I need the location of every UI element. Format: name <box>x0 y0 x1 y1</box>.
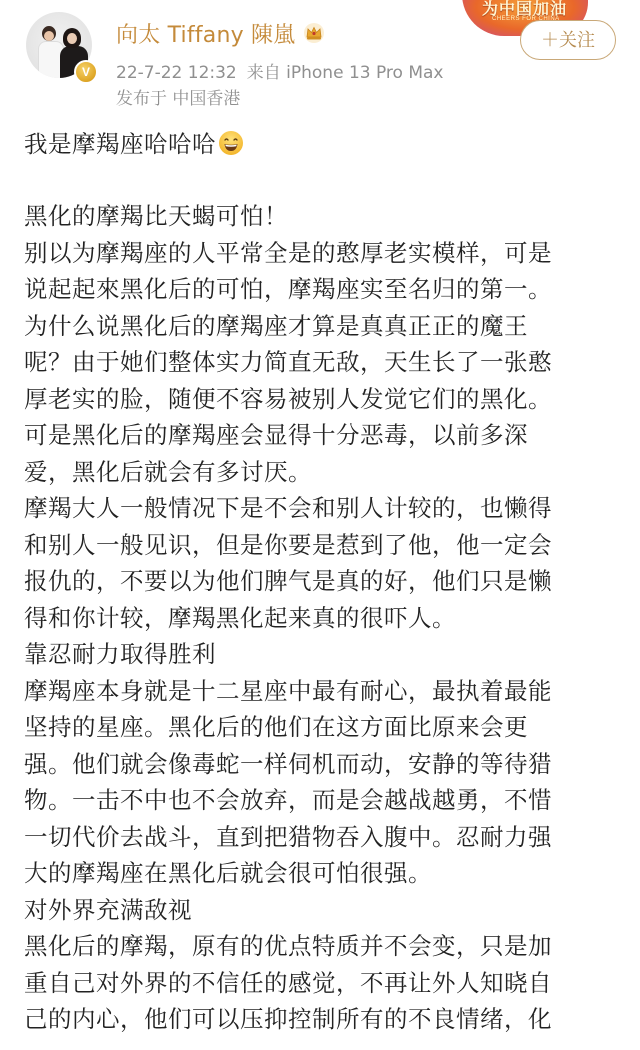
post-line: 黑化的摩羯比天蝎可怕！ <box>24 198 624 235</box>
section-heading: 靠忍耐力取得胜利 <box>24 636 624 673</box>
post-line: 坚持的星座。黑化后的他们在这方面比原来会更 <box>24 709 624 746</box>
post-body: 我是摩羯座哈哈哈 黑化的摩羯比天蝎可怕！ 别以为摩羯座的人平常全是的憨厚老实模样… <box>24 122 624 1038</box>
verified-badge-icon: V <box>74 60 98 84</box>
post-timestamp: 22-7-22 12:32 <box>116 63 237 83</box>
grinning-face-emoji-icon <box>218 126 244 152</box>
post-line: 重自己对外界的不信任的感觉，不再让外人知晓自 <box>24 965 624 1002</box>
post-line: 摩羯大人一般情况下是不会和别人计较的，也懒得 <box>24 490 624 527</box>
post-line: 可是黑化后的摩羯座会显得十分恶毒，以前多深 <box>24 417 624 454</box>
post-line: 厚老实的脸，随便不容易被别人发觉它们的黑化。 <box>24 381 624 418</box>
post-line: 一切代价去战斗，直到把猎物吞入腹中。忍耐力强 <box>24 819 624 856</box>
post-meta: 22-7-22 12:32来自 iPhone 13 Pro Max <box>116 58 444 83</box>
post-line: 说起起來黑化后的可怕，摩羯座实至名归的第一。 <box>24 271 624 308</box>
blank-line <box>24 166 624 198</box>
post-line: 大的摩羯座在黑化后就会很可怕很强。 <box>24 855 624 892</box>
post-line: 摩羯座本身就是十二星座中最有耐心，最执着最能 <box>24 673 624 710</box>
crown-icon <box>303 22 325 44</box>
post-line: 和别人一般见识，但是你要是惹到了他，他一定会 <box>24 527 624 564</box>
post-line: 报仇的，不要以为他们脾气是真的好，他们只是懒 <box>24 563 624 600</box>
post-intro: 我是摩羯座哈哈哈 <box>24 122 624 166</box>
section-heading: 对外界充满敌视 <box>24 892 624 929</box>
post-line: 己的内心，他们可以压抑控制所有的不良情绪，化 <box>24 1001 624 1038</box>
username-row: 向太 Tiffany 陳嵐 <box>116 16 325 50</box>
post-intro-text: 我是摩羯座哈哈哈 <box>24 130 216 158</box>
post-location: 发布于 中国香港 <box>116 84 240 109</box>
username[interactable]: 向太 Tiffany 陳嵐 <box>116 18 295 49</box>
post-header: V 向太 Tiffany 陳嵐 22-7-22 12:32来自 iPhone 1… <box>0 0 640 115</box>
post-line: 别以为摩羯座的人平常全是的憨厚老实模样，可是 <box>24 235 624 272</box>
follow-button[interactable]: ＋关注 <box>520 20 616 60</box>
post-line: 黑化后的摩羯，原有的优点特质并不会变，只是加 <box>24 928 624 965</box>
post-line: 为什么说黑化后的摩羯座才算是真真正正的魔王 <box>24 308 624 345</box>
post-source: 来自 iPhone 13 Pro Max <box>247 63 444 83</box>
post-line: 物。一击不中也不会放弃，而是会越战越勇，不惜 <box>24 782 624 819</box>
avatar-person-man <box>38 26 60 78</box>
post-line: 强。他们就会像毒蛇一样伺机而动，安静的等待猎 <box>24 746 624 783</box>
post-line: 爱，黑化后就会有多讨厌。 <box>24 454 624 491</box>
post-line: 呢？由于她们整体实力简直无敌，天生长了一张憨 <box>24 344 624 381</box>
post-line: 得和你计较，摩羯黑化起来真的很吓人。 <box>24 600 624 637</box>
